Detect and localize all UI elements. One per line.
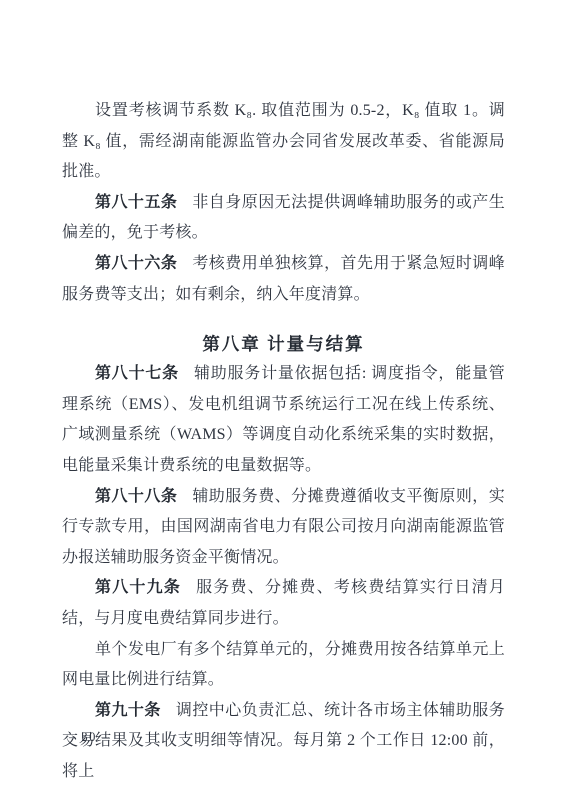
paragraph-article-90: 第九十条调控中心负责汇总、统计各市场主体辅助服务交易结果及其收支明细等情况。每月… [62,696,505,788]
document-page: 设置考核调节系数 K₈. 取值范围为 0.5-2，K₈ 值取 1。调整 K₈ 值… [0,0,566,800]
paragraph-k8-coefficient: 设置考核调节系数 K₈. 取值范围为 0.5-2，K₈ 值取 1。调整 K₈ 值… [62,96,505,188]
paragraph-article-88: 第八十八条辅助服务费、分摊费遵循收支平衡原则，实行专款专用，由国网湖南省电力有限… [62,482,505,574]
paragraph-text: 设置考核调节系数 K₈. 取值范围为 0.5-2，K₈ 值取 1。调整 K₈ 值… [62,102,505,180]
article-85-number: 第八十五条 [95,194,177,211]
paragraph-text: 单个发电厂有多个结算单元的，分摊费用按各结算单元上网电量比例进行结算。 [62,641,505,689]
paragraph-article-86: 第八十六条考核费用单独核算，首先用于紧急短时调峰服务费等支出；如有剩余，纳入年度… [62,249,505,310]
article-90-number: 第九十条 [95,702,161,719]
paragraph-article-87: 第八十七条辅助服务计量依据包括: 调度指令，能量管理系统（EMS）、发电机组调节… [62,359,505,481]
paragraph-article-85: 第八十五条非自身原因无法提供调峰辅助服务的或产生偏差的，免于考核。 [62,188,505,249]
article-86-number: 第八十六条 [95,255,177,272]
article-88-number: 第八十八条 [95,488,177,505]
article-87-number: 第八十七条 [95,365,179,382]
paragraph-article-89: 第八十九条服务费、分摊费、考核费结算实行日清月结，与月度电费结算同步进行。 [62,573,505,634]
paragraph-settlement-units: 单个发电厂有多个结算单元的，分摊费用按各结算单元上网电量比例进行结算。 [62,635,505,696]
page-number: – 30 – [69,730,109,745]
article-89-number: 第八十九条 [95,579,181,596]
chapter-heading: 第八章 计量与结算 [62,329,505,359]
